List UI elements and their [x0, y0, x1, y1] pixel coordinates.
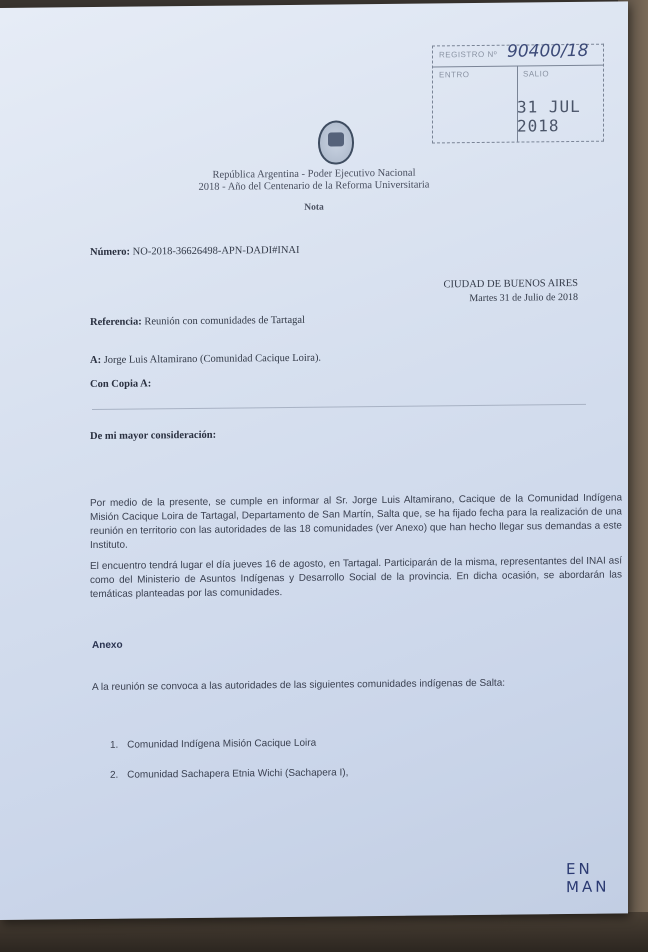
stamp-date: 31 JUL 2018: [517, 97, 603, 136]
recipient-label: A:: [90, 355, 101, 366]
numero-field: Número: NO-2018-36626498-APN-DADI#INAI: [90, 245, 299, 258]
divider: [92, 404, 586, 410]
national-seal-icon: [318, 120, 354, 164]
annex-intro: A la reunión se convoca a las autoridade…: [92, 677, 505, 695]
numero-value: NO-2018-36626498-APN-DADI#INAI: [133, 245, 300, 258]
referencia-field: Referencia: Reunión con comunidades de T…: [90, 315, 305, 328]
registro-number: 90400/18: [507, 41, 588, 62]
entro-label: ENTRO: [439, 70, 470, 79]
handwritten-note: EN MAN: [566, 859, 628, 896]
city: CIUDAD DE BUENOS AIRES: [380, 278, 578, 291]
salio-label: SALIO: [523, 69, 549, 78]
doc-date: Martes 31 de Julio de 2018: [380, 292, 578, 305]
paragraph-2: El encuentro tendrá lugar el día jueves …: [90, 554, 622, 602]
recipient-value: Jorge Luis Altamirano (Comunidad Cacique…: [104, 353, 321, 366]
list-item-number: 1.: [110, 740, 118, 751]
numero-label: Número:: [90, 247, 130, 258]
referencia-value: Reunión con comunidades de Tartagal: [144, 315, 305, 328]
list-item: 1. Comunidad Indígena Misión Cacique Loi…: [110, 736, 348, 752]
community-list: 1. Comunidad Indígena Misión Cacique Loi…: [110, 736, 348, 782]
registro-label: REGISTRO Nº: [439, 50, 497, 60]
recipient-field: A: Jorge Luis Altamirano (Comunidad Caci…: [90, 353, 321, 366]
salutation: De mi mayor consideración:: [90, 430, 216, 442]
annex-title: Anexo: [92, 639, 123, 653]
registry-stamp: REGISTRO Nº 90400/18 ENTRO SALIO 31 JUL …: [432, 44, 604, 144]
list-item-text: Comunidad Indígena Misión Cacique Loira: [127, 738, 316, 751]
copia-label: Con Copia A:: [90, 378, 151, 390]
list-item-number: 2.: [110, 770, 118, 781]
paragraph-1: Por medio de la presente, se cumple en i…: [90, 491, 622, 553]
list-item-text: Comunidad Sachapera Etnia Wichi (Sachape…: [127, 767, 348, 780]
referencia-label: Referencia:: [90, 317, 142, 329]
list-item: 2. Comunidad Sachapera Etnia Wichi (Sach…: [110, 766, 348, 782]
document-page: REGISTRO Nº 90400/18 ENTRO SALIO 31 JUL …: [0, 1, 628, 920]
doc-type: Nota: [0, 199, 628, 216]
